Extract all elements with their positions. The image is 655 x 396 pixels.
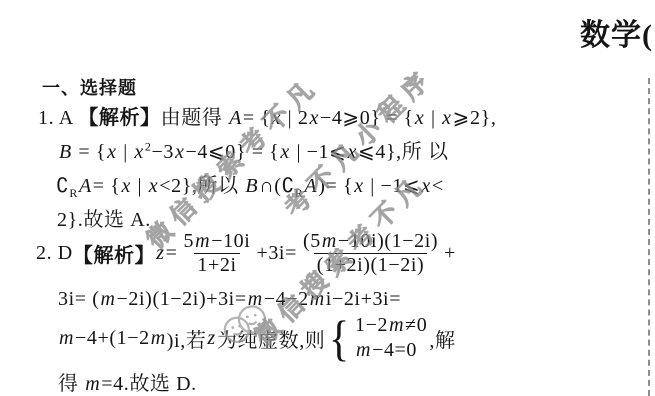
math-text: 【解析】 <box>73 239 155 268</box>
math-text: 1. A <box>38 107 78 129</box>
section-heading: 一、选择题 <box>42 74 137 100</box>
math-text: x <box>347 141 358 163</box>
math-text: = <box>166 242 178 265</box>
math-text: x <box>414 107 425 129</box>
math-text: | <box>118 141 134 163</box>
math-text: | −1⩽ <box>291 141 347 163</box>
math-text: =4.故选 D. <box>101 373 197 395</box>
math-text: A <box>303 175 318 197</box>
math-text: −4⩾0} = { <box>320 107 414 129</box>
math-text: = { <box>93 175 121 197</box>
math-text: x <box>308 107 319 129</box>
solution-line-2: B = {x | x2−3x−4⩽0} = {x | −1⩽x⩽4},所 以 <box>58 135 449 164</box>
cases-brace: { <box>329 316 350 361</box>
math-text: ∁ <box>56 175 69 197</box>
math-text: −10i)(1−2i) <box>338 230 438 252</box>
math-text: ,解 <box>429 324 455 353</box>
math-text: x <box>106 141 117 163</box>
math-text: ≠0 <box>405 314 427 336</box>
math-text: −3 <box>152 141 174 163</box>
math-text: m <box>388 314 405 336</box>
solution-line-1: 1. A 【解析】由题得 A= {x | 2x−4⩾0} = {x | x⩾2}… <box>38 101 496 130</box>
math-text: +3i= <box>256 242 297 265</box>
math-text: ⩽4},所 以 <box>358 141 449 163</box>
math-text: 1−2 <box>355 314 388 336</box>
math-text: )= { <box>318 175 353 197</box>
math-text: m <box>355 339 372 361</box>
math-text: | −1⩽ <box>365 175 421 197</box>
math-text: x <box>271 107 282 129</box>
math-text: A <box>228 107 243 129</box>
math-text: −4+(1−2 <box>75 327 150 350</box>
dashed-page-divider <box>648 78 650 396</box>
math-text: (1+2i)(1−2i) <box>317 254 425 276</box>
math-text: m <box>247 288 264 310</box>
math-text: ⩾2}, <box>453 107 497 129</box>
math-text: −4⩽0} = { <box>185 141 279 163</box>
math-text: x <box>279 141 290 163</box>
math-text: z <box>155 242 165 265</box>
cases-group: {1−2m≠0m−4=0 <box>327 313 427 363</box>
cases-row: 1−2m≠0 <box>355 313 427 338</box>
page-title: 数学( <box>580 10 653 54</box>
math-text: z <box>206 327 216 350</box>
math-text: 得 <box>58 373 84 395</box>
math-text: | <box>425 107 441 129</box>
math-text: 3i= ( <box>58 288 100 310</box>
math-text: 【解析】 <box>78 107 160 129</box>
cases-rows: 1−2m≠0m−4=0 <box>355 313 427 363</box>
math-text: −10i <box>211 230 250 252</box>
fraction-denominator: 1+2i <box>194 253 239 276</box>
math-text: | <box>132 175 148 197</box>
math-text: m <box>150 327 167 350</box>
math-text: B <box>244 175 259 197</box>
math-text: )i,若 <box>167 324 207 353</box>
cases-row: m−4=0 <box>355 338 427 363</box>
math-text: x <box>420 175 431 197</box>
math-text: + <box>444 242 456 265</box>
math-text: 5 <box>184 230 195 252</box>
math-text: x <box>133 141 144 163</box>
math-text: m <box>58 327 75 350</box>
math-text: i−2i+3i= <box>326 288 401 310</box>
math-text: | 2 <box>282 107 308 129</box>
math-text: < <box>432 175 444 197</box>
math-text: = { <box>73 141 106 163</box>
math-text: m <box>84 373 101 395</box>
math-text: <2},所以 <box>159 175 244 197</box>
math-text: −4=0 <box>372 339 417 361</box>
solution-line-5: 2. D 【解析】z=5m−10i1+2i+3i=(5m−10i)(1−2i)(… <box>36 224 456 282</box>
fraction-numerator: 5m−10i <box>181 230 254 252</box>
math-text: = { <box>243 107 271 129</box>
math-text: 2. D <box>36 242 73 265</box>
math-text: m <box>194 230 211 252</box>
math-text: m <box>309 288 326 310</box>
math-text: x <box>120 175 131 197</box>
math-text: 1+2i <box>197 254 236 276</box>
math-text: x <box>174 141 185 163</box>
math-text: −4−2 <box>264 288 309 310</box>
math-text: m <box>100 288 117 310</box>
math-text: A <box>78 175 93 197</box>
math-text: (5 <box>303 230 321 252</box>
math-text: ∩(∁ <box>259 175 295 197</box>
math-text: 由题得 <box>161 107 228 129</box>
math-text: x <box>148 175 159 197</box>
math-text: R <box>69 186 78 200</box>
fraction-numerator: (5m−10i)(1−2i) <box>300 230 441 252</box>
solution-line-7: m−4+(1−2m)i,若 z 为纯虚数,则 {1−2m≠0m−4=0,解 <box>58 308 456 368</box>
math-text: 2 <box>145 139 152 153</box>
fraction-denominator: (1+2i)(1−2i) <box>314 253 428 276</box>
answer-key-page: { "header": { "title": "数学(" }, "section… <box>0 0 655 396</box>
solution-line-3: ∁RA= {x | x<2},所以 B∩(∁RA)= {x | −1⩽x< <box>56 169 444 198</box>
solution-line-8: 得 m=4.故选 D. <box>58 367 197 396</box>
math-text: −2i)(1−2i)+3i= <box>117 288 247 310</box>
math-text: B <box>58 141 73 163</box>
math-text: x <box>441 107 452 129</box>
math-text: m <box>321 230 338 252</box>
fraction: 5m−10i1+2i <box>181 230 254 276</box>
fraction: (5m−10i)(1−2i)(1+2i)(1−2i) <box>300 230 441 276</box>
math-text: x <box>353 175 364 197</box>
math-text: 为纯虚数,则 <box>217 324 326 353</box>
